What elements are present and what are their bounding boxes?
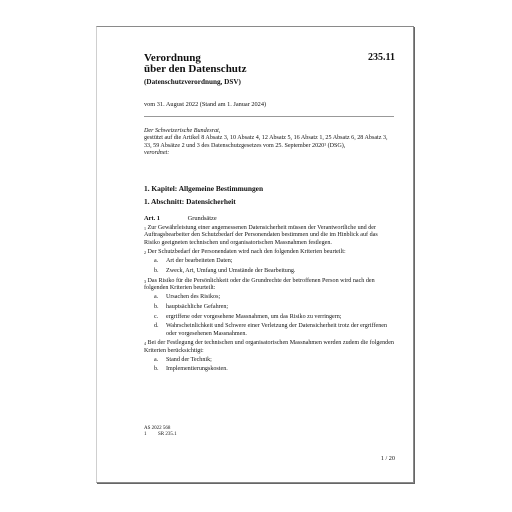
footnote-text: SR 235.1 bbox=[158, 432, 177, 437]
footnote-1: 1SR 235.1 bbox=[144, 432, 177, 438]
article-paragraph: 1 Zur Gewährleistung einer angemessenen … bbox=[144, 225, 394, 247]
list-text: Ursachen des Risikos; bbox=[166, 294, 394, 301]
date-line: vom 31. August 2022 (Stand am 1. Januar … bbox=[144, 101, 266, 108]
preamble-basis: gestützt auf die Artikel 8 Absatz 3, 10 … bbox=[144, 135, 394, 150]
paragraph-text: Zur Gewährleistung einer angemessenen Da… bbox=[144, 225, 378, 246]
list-item: b.Implementierungskosten. bbox=[144, 366, 394, 373]
list-text: Wahrscheinlichkeit und Schwere einer Ver… bbox=[166, 323, 394, 338]
chapter-heading: 1. Kapitel: Allgemeine Bestimmungen bbox=[144, 184, 263, 193]
document-title: Verordnung über den Datenschutz bbox=[144, 53, 246, 75]
article-title: Grundsätze bbox=[188, 215, 217, 222]
preamble-verb: verordnet: bbox=[144, 150, 394, 157]
list-item: d.Wahrscheinlichkeit und Schwere einer V… bbox=[144, 323, 394, 338]
article-body: 1 Zur Gewährleistung einer angemessenen … bbox=[144, 225, 394, 376]
list-text: ergriffene oder vorgesehene Massnahmen, … bbox=[166, 314, 394, 321]
paragraph-text: Das Risiko für die Persönlichkeit oder d… bbox=[144, 278, 375, 291]
article-heading: Art. 1 Grundsätze bbox=[144, 215, 217, 222]
article-paragraph: 3 Das Risiko für die Persönlichkeit oder… bbox=[144, 278, 394, 293]
section-heading: 1. Abschnitt: Datensicherheit bbox=[144, 197, 236, 206]
paragraph-text: Bei der Festlegung der technischen und o… bbox=[144, 340, 394, 353]
list-text: hauptsächliche Gefahren; bbox=[166, 304, 394, 311]
list-letter: b. bbox=[144, 366, 166, 373]
list-item: a.Art der bearbeiteten Daten; bbox=[144, 258, 394, 265]
divider bbox=[144, 116, 394, 117]
list-letter: b. bbox=[144, 268, 166, 275]
list-item: b.Zweck, Art, Umfang und Umstände der Be… bbox=[144, 268, 394, 275]
footnote-mark: 1 bbox=[144, 432, 158, 438]
list-text: Art der bearbeiteten Daten; bbox=[166, 258, 394, 265]
list-item: a.Ursachen des Risikos; bbox=[144, 294, 394, 301]
list-text: Zweck, Art, Umfang und Umstände der Bear… bbox=[166, 268, 394, 275]
document-page: Verordnung über den Datenschutz (Datensc… bbox=[96, 26, 414, 483]
paragraph-text: Der Schutzbedarf der Personendaten wird … bbox=[146, 249, 346, 255]
article-paragraph: 2 Der Schutzbedarf der Personendaten wir… bbox=[144, 249, 394, 256]
list-item: a.Stand der Technik; bbox=[144, 357, 394, 364]
list-letter: d. bbox=[144, 323, 166, 338]
sr-number: 235.11 bbox=[368, 52, 395, 63]
footnotes: AS 2022 568 1SR 235.1 bbox=[144, 426, 177, 438]
list-letter: b. bbox=[144, 304, 166, 311]
list-letter: a. bbox=[144, 258, 166, 265]
list-letter: a. bbox=[144, 357, 166, 364]
page-indicator: 1 / 20 bbox=[381, 455, 395, 462]
list-letter: c. bbox=[144, 314, 166, 321]
list-text: Implementierungskosten. bbox=[166, 366, 394, 373]
list-letter: a. bbox=[144, 294, 166, 301]
preamble: Der Schweizerische Bundesrat, gestützt a… bbox=[144, 128, 394, 158]
list-item: c.ergriffene oder vorgesehene Massnahmen… bbox=[144, 314, 394, 321]
list-text: Stand der Technik; bbox=[166, 357, 394, 364]
document-subtitle: (Datenschutzverordnung, DSV) bbox=[144, 78, 241, 86]
article-paragraph: 4 Bei der Festlegung der technischen und… bbox=[144, 340, 394, 355]
title-line-2: über den Datenschutz bbox=[144, 64, 246, 75]
list-item: b.hauptsächliche Gefahren; bbox=[144, 304, 394, 311]
article-number: Art. 1 bbox=[144, 215, 186, 222]
